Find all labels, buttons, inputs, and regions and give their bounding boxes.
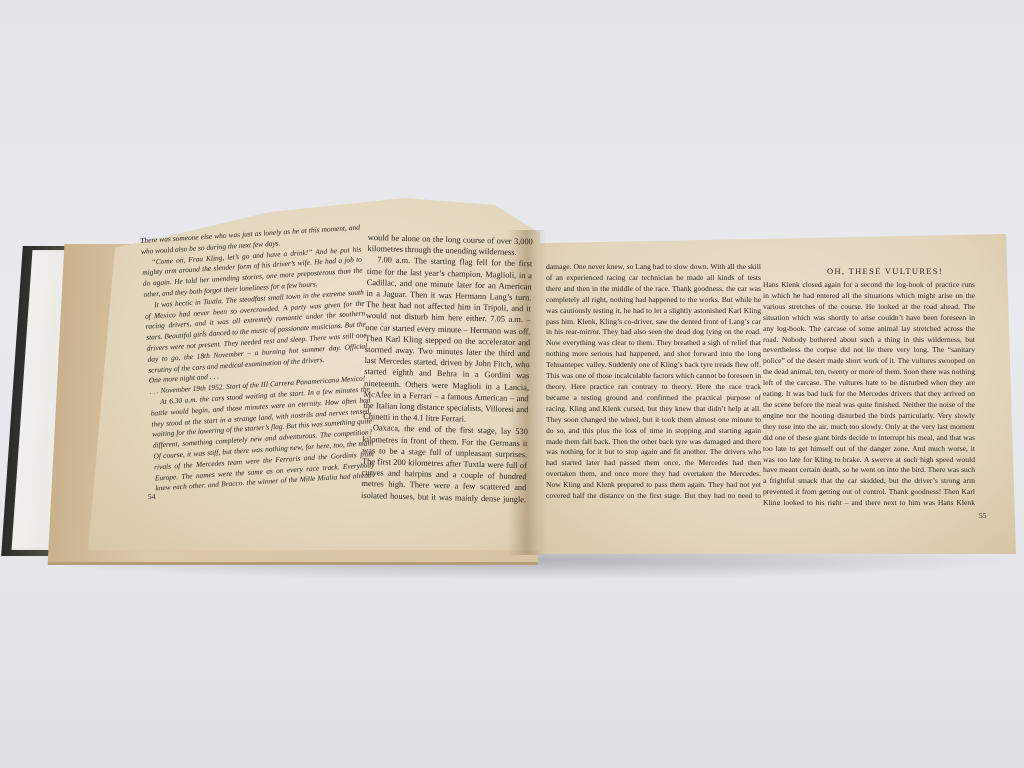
left-page-column-1: There was someone else who was just as l…: [140, 223, 375, 491]
chapter-heading: OH, THESE VULTURES!: [800, 266, 970, 276]
page-number-right: 55: [979, 511, 987, 520]
paragraph: It was hectic in Tuxtla. The steadfast s…: [144, 287, 368, 376]
paragraph: Hans Klenk closed again for a second the…: [763, 280, 975, 505]
page-number-left: 54: [148, 492, 156, 501]
right-page-column-1: damage. One never knew, so Lang had to s…: [546, 262, 761, 502]
paragraph: 7.00 a.m. The starting flag fell for the…: [363, 254, 532, 426]
paragraph: At 6.30 a.m. the cars stood waiting at t…: [150, 384, 375, 490]
left-page-column-2: would be alone on the long course of ove…: [361, 232, 533, 506]
paragraph: damage. One never knew, so Lang had to s…: [546, 262, 761, 502]
right-page-column-2: Hans Klenk closed again for a second the…: [763, 280, 975, 505]
paragraph: Oaxaca, the end of the first stage, lay …: [361, 422, 528, 506]
